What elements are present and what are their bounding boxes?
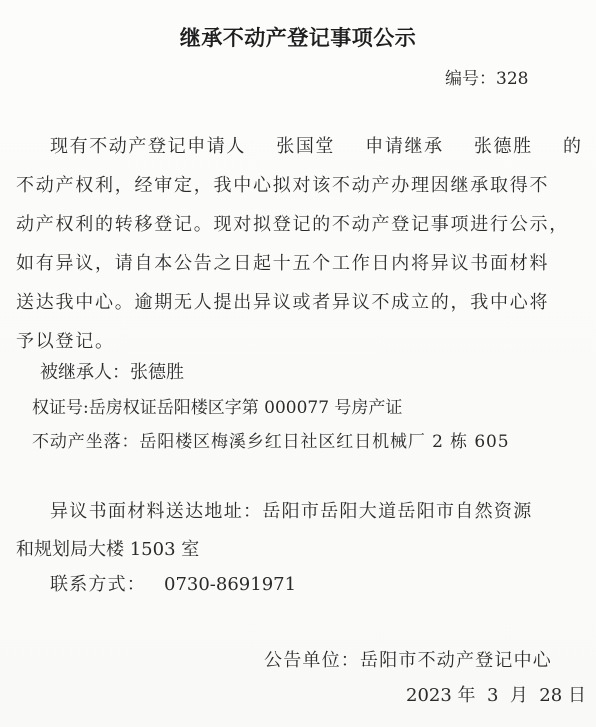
paragraph-line-6: 予以登记。 (16, 331, 581, 353)
location-value: 岳阳楼区梅溪乡红日社区红日机械厂 2 栋 605 (139, 432, 509, 452)
issuer-label: 公告单位： (264, 650, 360, 671)
paragraph-line-3: 动产权利的转移登记。现对拟登记的不动产登记事项进行公示， (16, 214, 581, 236)
document-number-label: 编号： (445, 69, 496, 89)
issuer-row: 公告单位：岳阳市不动产登记中心 (264, 650, 552, 672)
paragraph-line-2: 不动产权利，经审定，我中心拟对该不动产办理因继承取得不 (16, 175, 581, 197)
objection-address-line1: 岳阳市岳阳大道岳阳市自然资源 (262, 501, 532, 522)
applicant-intro: 现有不动产登记申请人 (50, 136, 246, 158)
document-title: 继承不动产登记事项公示 (0, 22, 596, 52)
certificate-row: 权证号:岳房权证岳阳楼区字第 000077 号房产证 (32, 397, 402, 419)
document-page: 继承不动产登记事项公示 编号：328 现有不动产登记申请人 张国堂 申请继承 张… (0, 0, 596, 727)
inheritee-label: 被继承人： (40, 362, 130, 383)
decedent-name: 张德胜 (474, 136, 533, 158)
objection-address-label: 异议书面材料送达地址： (50, 501, 262, 522)
objection-address-row: 异议书面材料送达地址：岳阳市岳阳大道岳阳市自然资源 (50, 501, 533, 523)
applicant-name: 张国堂 (276, 136, 335, 158)
document-number: 编号：328 (445, 64, 528, 89)
objection-address-line2: 和规划局大楼 1503 室 (16, 539, 199, 561)
issue-date: 2023 年 3 月 28 日 (406, 685, 586, 707)
document-number-value: 328 (496, 69, 528, 89)
contact-row: 联系方式：0730-8691971 (50, 574, 296, 596)
location-label: 不动产坐落： (32, 432, 139, 452)
contact-value: 0730-8691971 (164, 574, 296, 595)
paragraph-line-1: 现有不动产登记申请人 张国堂 申请继承 张德胜 的 (50, 136, 581, 158)
location-row: 不动产坐落：岳阳楼区梅溪乡红日社区红日机械厂 2 栋 605 (32, 431, 509, 453)
inheritee-row: 被继承人：张德胜 (40, 362, 184, 384)
paragraph-line-5: 送达我中心。逾期无人提出异议或者异议不成立的，我中心将 (16, 292, 581, 314)
applicant-action: 申请继承 (365, 136, 443, 158)
certificate-label: 权证号: (32, 398, 89, 418)
paragraph-line-4: 如有异议，请自本公告之日起十五个工作日内将异议书面材料 (16, 253, 581, 275)
contact-label: 联系方式： (50, 574, 146, 595)
certificate-value: 岳房权证岳阳楼区字第 000077 号房产证 (89, 398, 403, 418)
line1-suffix: 的 (563, 136, 581, 158)
inheritee-value: 张德胜 (130, 362, 184, 383)
issuer-value: 岳阳市不动产登记中心 (360, 650, 552, 671)
